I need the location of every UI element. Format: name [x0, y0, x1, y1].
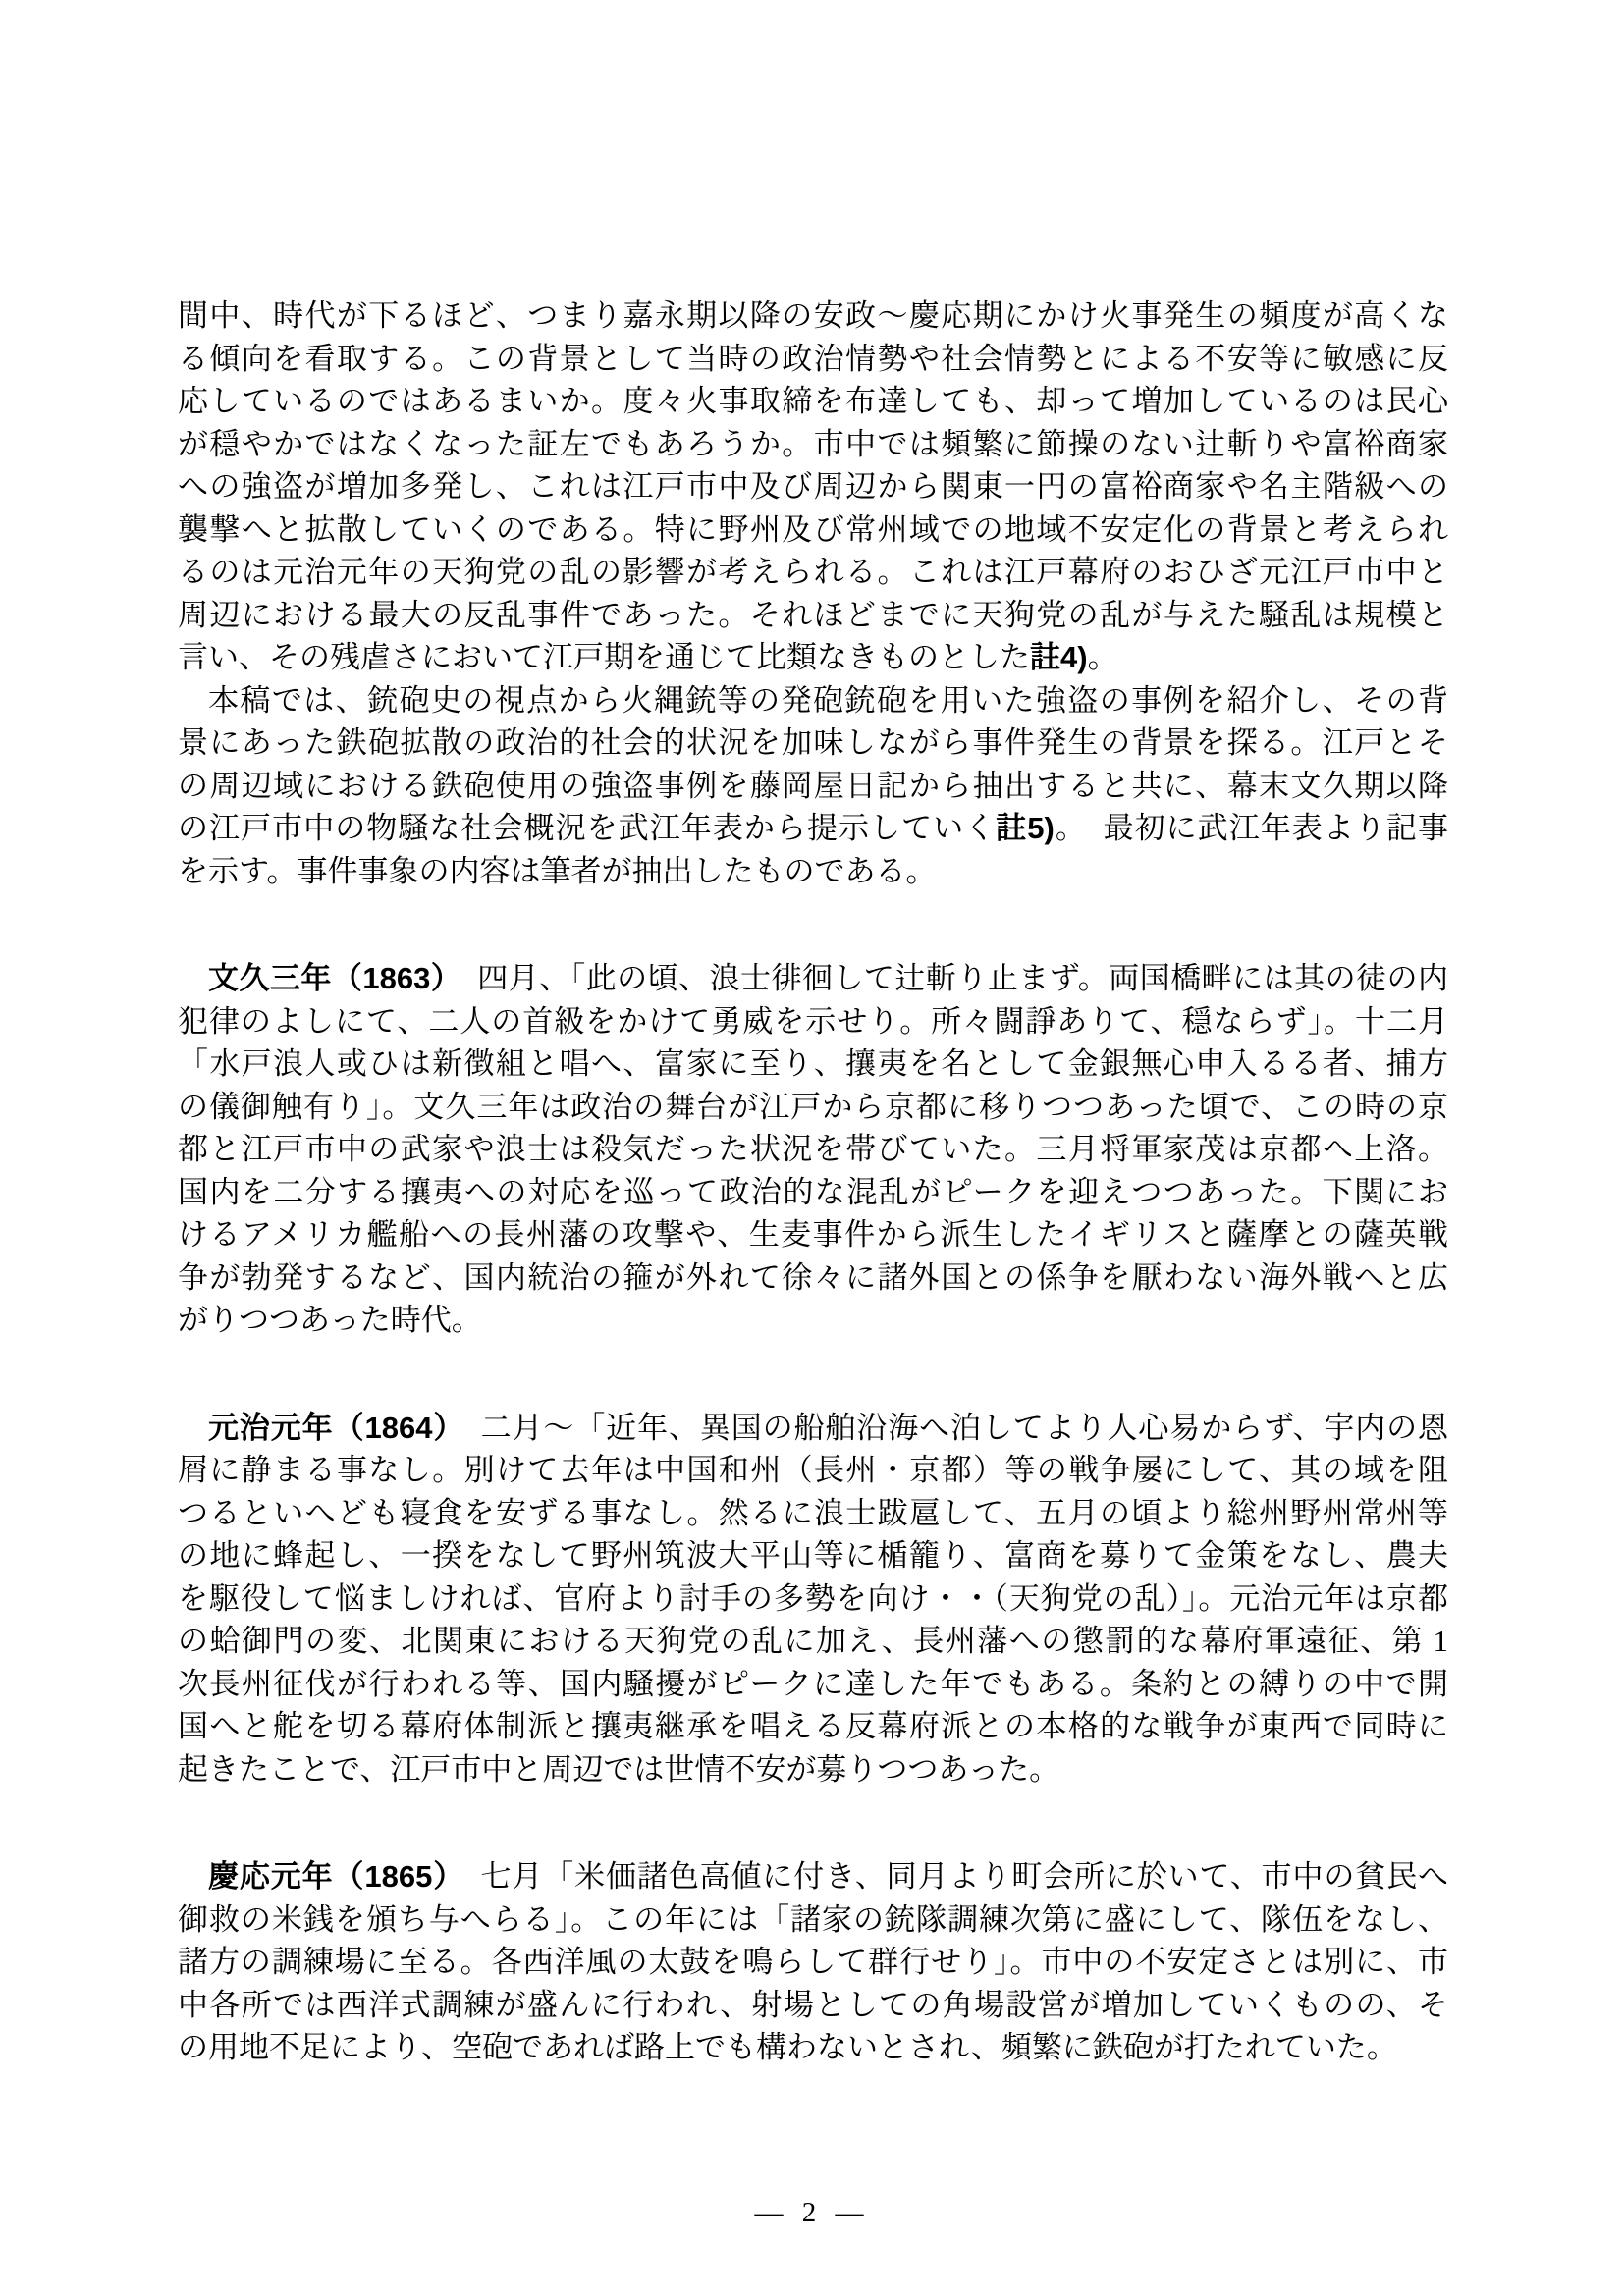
text-line: 間中、時代が下るほど、つまり嘉永期以降の安政～慶応期にかけ火事発生の頻度が高くな [178, 294, 1448, 338]
text-line: 屑に静まる事なし。別けて去年は中国和州（長州・京都）等の戦争屡にして、其の域を阻 [178, 1449, 1448, 1492]
text-line: 争が勃発するなど、国内統治の箍が外れて徐々に諸外国との係争を厭わない海外戦へと広 [178, 1256, 1448, 1300]
text-line: を示す。事件事象の内容は筆者が抽出したものである。 [178, 850, 1448, 893]
text-line: 慶応元年（1865） 七月「米価諸色高値に付き、同月より町会所に於いて、市中の貧… [178, 1855, 1448, 1898]
text-line: 国内を二分する攘夷への対応を巡って政治的な混乱がピークを迎えつつあった。下関にお [178, 1171, 1448, 1214]
page-number: — 2 — [0, 2195, 1624, 2230]
text-line: が穏やかではなくなった証左でもあろうか。市中では頻繁に節操のない辻斬りや富裕商家 [178, 423, 1448, 466]
section-genji-1-1864: 元治元年（1864） 二月～「近年、異国の船舶沿海へ泊してより人心易からず、宇内… [178, 1407, 1448, 1791]
paragraph-fire-trend: 間中、時代が下るほど、つまり嘉永期以降の安政～慶応期にかけ火事発生の頻度が高くな… [178, 294, 1448, 679]
text-line: の用地不足により、空砲であれば路上でも構わないとされ、頻繁に鉄砲が打たれていた。 [178, 2026, 1448, 2069]
text-line: の蛤御門の変、北関東における天狗党の乱に加え、長州藩への懲罰的な幕府軍遠征、第 … [178, 1620, 1448, 1663]
text-line: 御救の米銭を頒ち与へらる」。この年には「諸家の銃隊調練次第に盛にして、隊伍をなし… [178, 1898, 1448, 1942]
text-line: がりつつあった時代。 [178, 1299, 1448, 1342]
text-line: つるといへども寝食を安ずる事なし。然るに浪士跋扈して、五月の頃より総州野州常州等 [178, 1492, 1448, 1535]
section-bunkyu-3-1863: 文久三年（1863） 四月、「此の頃、浪士徘徊して辻斬り止まず。両国橋畔には其の… [178, 957, 1448, 1342]
text-line: の周辺域における鉄砲使用の強盗事例を藤岡屋日記から抽出すると共に、幕末文久期以降 [178, 765, 1448, 808]
text-line: への強盗が増加多発し、これは江戸市中及び周辺から関東一円の富裕商家や名主階級への [178, 465, 1448, 508]
text-line: 中各所では西洋式調練が盛んに行われ、射場としての角場設営が増加していくものの、そ [178, 1984, 1448, 2027]
text-line: 景にあった鉄砲拡散の政治的社会的状況を加味しながら事件発生の背景を探る。江戸とそ [178, 721, 1448, 765]
text-line: るのは元治元年の天狗党の乱の影響が考えられる。これは江戸幕府のおひざ元江戸市中と [178, 551, 1448, 594]
text-line: 都と江戸市中の武家や浪士は殺気だった状況を帯びていた。三月将軍家茂は京都へ上洛。 [178, 1128, 1448, 1171]
bold-gothic-text: 註4) [1030, 640, 1088, 674]
section-keio-1-1865: 慶応元年（1865） 七月「米価諸色高値に付き、同月より町会所に於いて、市中の貧… [178, 1855, 1448, 2069]
text-line: 次長州征伐が行われる等、国内騒擾がピークに達した年でもある。条約との縛りの中で開 [178, 1663, 1448, 1706]
text-line: けるアメリカ艦船への長州藩の攻撃や、生麦事件から派生したイギリスと薩摩との薩英戦 [178, 1213, 1448, 1256]
text-line: 起きたことで、江戸市中と周辺では世情不安が募りつつあった。 [178, 1748, 1448, 1791]
text-line: る傾向を看取する。この背景として当時の政治情勢や社会情勢とによる不安等に敏感に反 [178, 338, 1448, 381]
text-line: の儀御触有り」。文久三年は政治の舞台が江戸から京都に移りつつあった頃で、この時の… [178, 1086, 1448, 1129]
bold-gothic-text: 元治元年（1864） [208, 1411, 450, 1445]
text-line: 周辺における最大の反乱事件であった。それほどまでに天狗党の乱が与えた騒乱は規模と [178, 594, 1448, 637]
text-line: 応しているのではあるまいか。度々火事取締を布達しても、却って増加しているのは民心 [178, 380, 1448, 423]
bold-gothic-text: 註5) [996, 811, 1055, 845]
document-page: 間中、時代が下るほど、つまり嘉永期以降の安政～慶応期にかけ火事発生の頻度が高くな… [0, 0, 1624, 2296]
text-line: 元治元年（1864） 二月～「近年、異国の船舶沿海へ泊してより人心易からず、宇内… [178, 1407, 1448, 1450]
text-line: 「水戸浪人或ひは新徴組と唱へ、富家に至り、攘夷を名として金銀無心申入るる者、捕方 [178, 1042, 1448, 1086]
text-column: 間中、時代が下るほど、つまり嘉永期以降の安政～慶応期にかけ火事発生の頻度が高くな… [178, 294, 1448, 2069]
bold-gothic-text: 慶応元年（1865） [208, 1859, 450, 1894]
text-line: 文久三年（1863） 四月、「此の頃、浪士徘徊して辻斬り止まず。両国橋畔には其の… [178, 957, 1448, 1000]
text-line: 犯律のよしにて、二人の首級をかけて勇威を示せり。所々闘諍ありて、穏ならず」。十二… [178, 1000, 1448, 1043]
text-line: 国へと舵を切る幕府体制派と攘夷継承を唱える反幕府派との本格的な戦争が東西で同時に [178, 1705, 1448, 1748]
text-line: 本稿では、銃砲史の視点から火縄銃等の発砲銃砲を用いた強盗の事例を紹介し、その背 [178, 679, 1448, 722]
text-line: の江戸市中の物騒な社会概況を武江年表から提示していく註5)。 最初に武江年表より… [178, 807, 1448, 850]
text-line: を駆役して悩ましければ、官府より討手の多勢を向け・・（天狗党の乱）」。元治元年は… [178, 1577, 1448, 1621]
paragraph-honko-intro: 本稿では、銃砲史の視点から火縄銃等の発砲銃砲を用いた強盗の事例を紹介し、その背景… [178, 679, 1448, 893]
text-line: の地に蜂起し、一揆をなして野州筑波大平山等に楯籠り、富商を募りて金策をなし、農夫 [178, 1534, 1448, 1577]
text-line: 諸方の調練場に至る。各西洋風の太鼓を鳴らして群行せり」。市中の不安定さとは別に、… [178, 1941, 1448, 1984]
text-line: 言い、その残虐さにおいて江戸期を通じて比類なきものとした註4)。 [178, 636, 1448, 679]
text-line: 襲撃へと拡散していくのである。特に野州及び常州域での地域不安定化の背景と考えられ [178, 508, 1448, 552]
bold-gothic-text: 文久三年（1863） [208, 961, 447, 995]
